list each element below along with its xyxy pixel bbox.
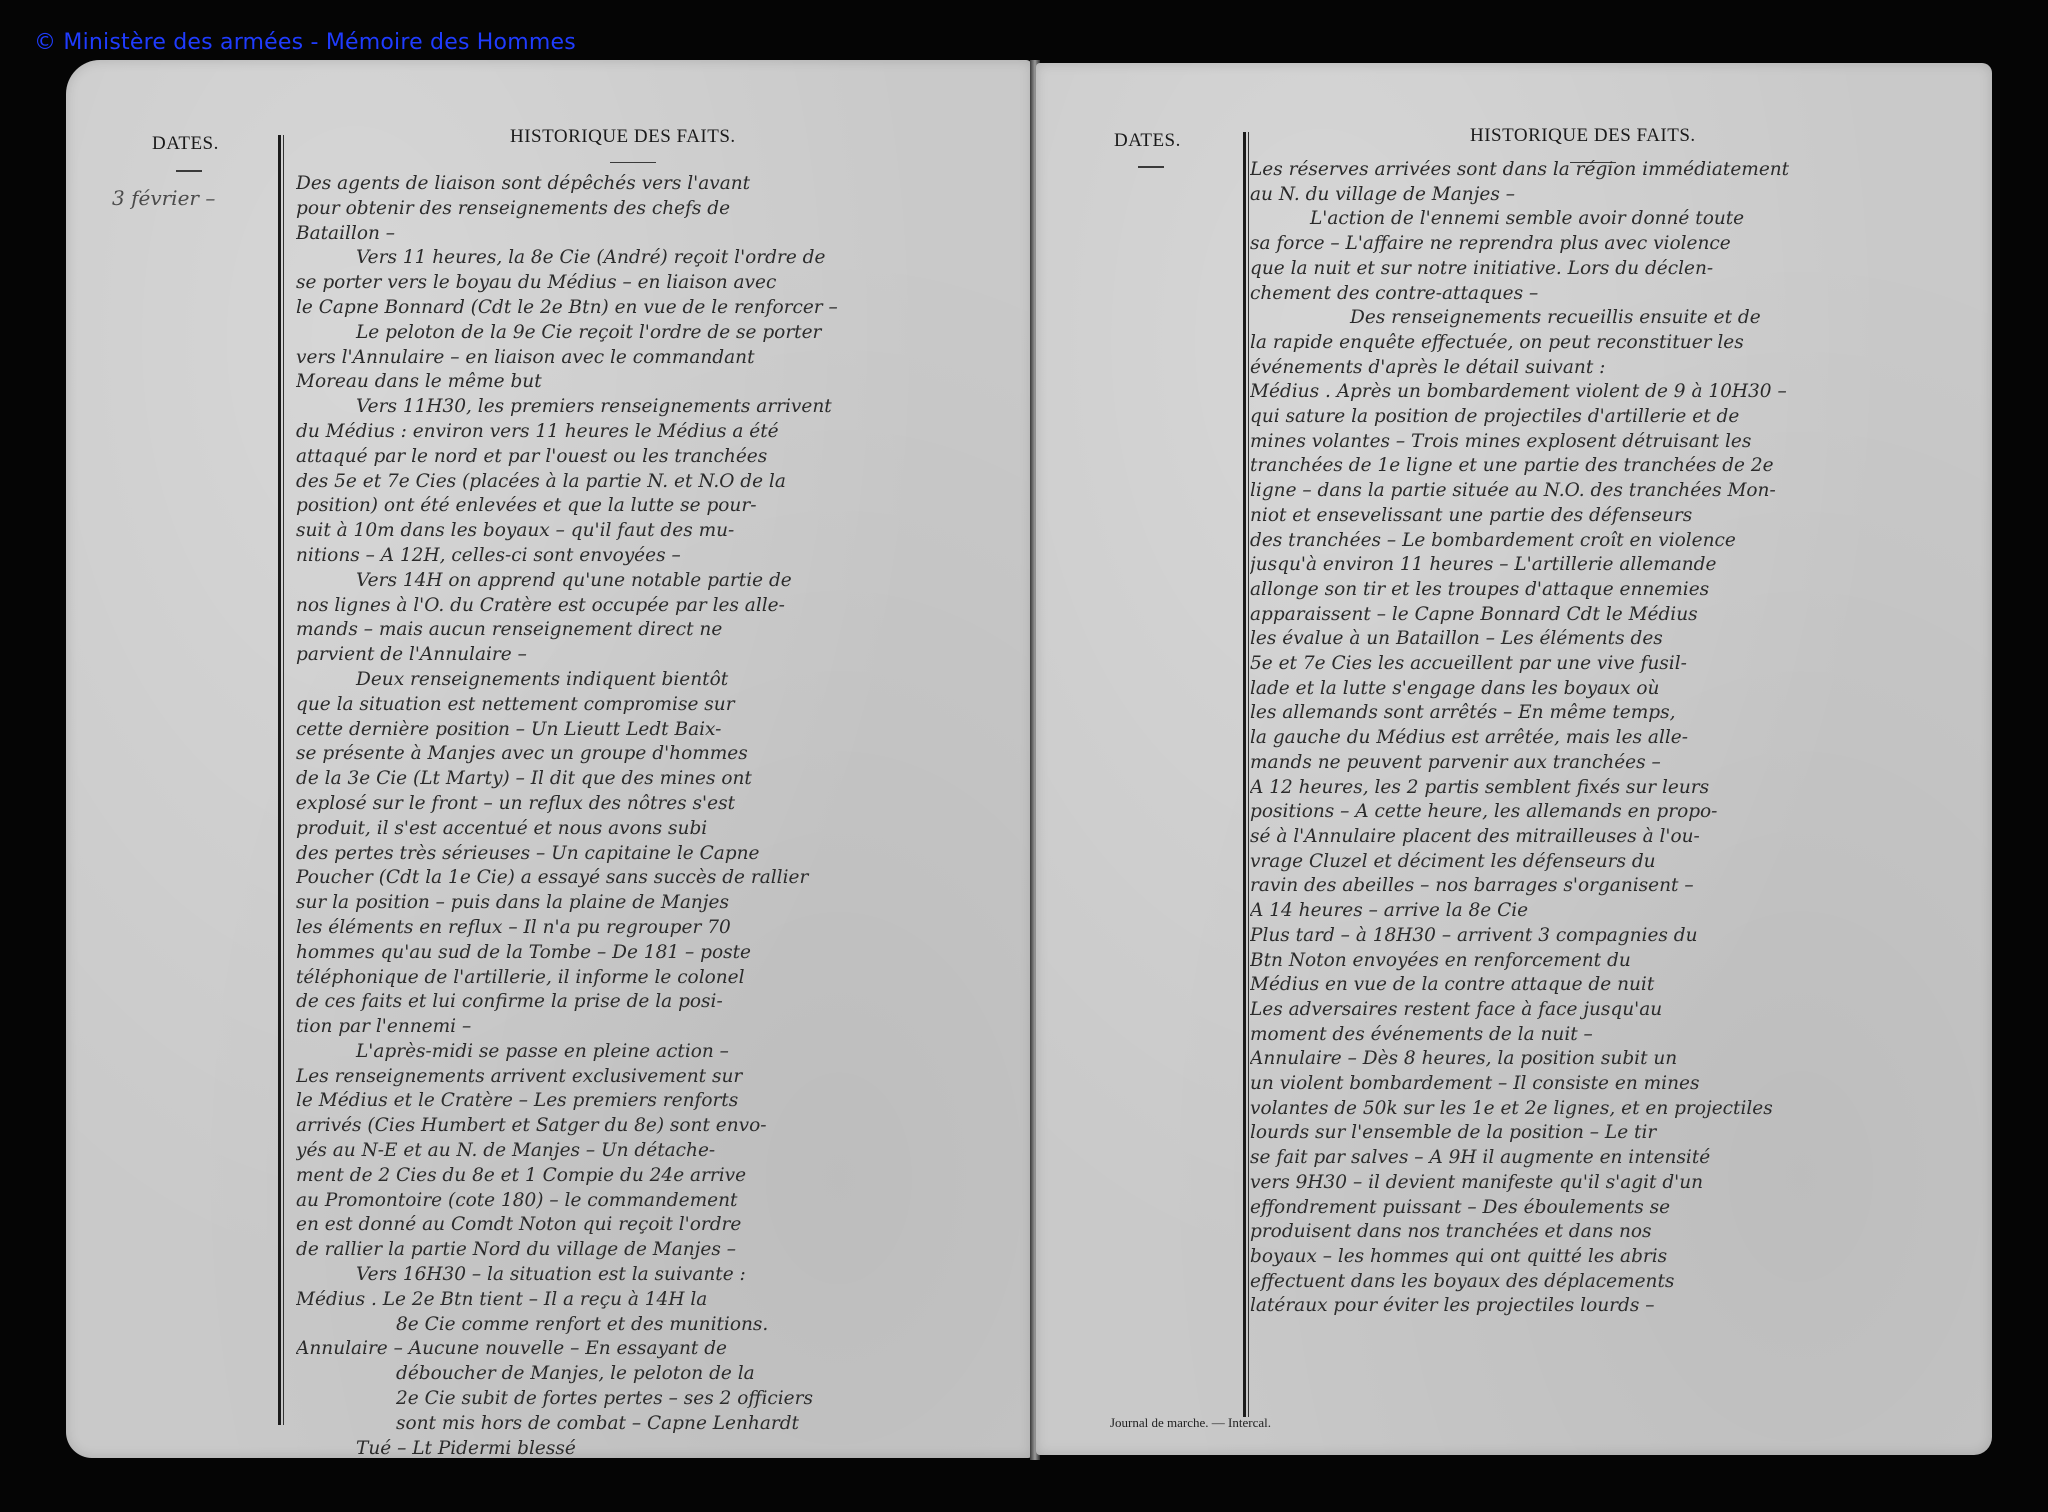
text-line: nos lignes à l'O. du Cratère est occupée… — [296, 594, 1021, 619]
text-line: Plus tard – à 18H30 – arrivent 3 compagn… — [1250, 924, 1985, 949]
text-line: Le peloton de la 9e Cie reçoit l'ordre d… — [296, 321, 1021, 346]
text-line: niot et ensevelissant une partie des déf… — [1250, 504, 1985, 529]
text-line: sont mis hors de combat – Capne Lenhardt — [296, 1412, 1021, 1437]
text-line: Btn Noton envoyées en renforcement du — [1250, 949, 1985, 974]
text-line: Les adversaires restent face à face jusq… — [1250, 998, 1985, 1023]
text-line: Vers 11 heures, la 8e Cie (André) reçoit… — [296, 246, 1021, 271]
text-line: en est donné au Comdt Noton qui reçoit l… — [296, 1213, 1021, 1238]
text-line: Des agents de liaison sont dépêchés vers… — [296, 172, 1021, 197]
text-line: Médius . Après un bombardement violent d… — [1250, 380, 1985, 405]
text-line: que la nuit et sur notre initiative. Lor… — [1250, 257, 1985, 282]
text-line: Vers 11H30, les premiers renseignements … — [296, 395, 1021, 420]
left-facts-rule — [610, 162, 656, 163]
right-column-rule — [1243, 132, 1246, 1417]
text-line: suit à 10m dans les boyaux – qu'il faut … — [296, 519, 1021, 544]
text-line: Médius en vue de la contre attaque de nu… — [1250, 973, 1985, 998]
text-line: tion par l'ennemi – — [296, 1015, 1021, 1040]
text-line: Vers 16H30 – la situation est la suivant… — [296, 1263, 1021, 1288]
text-line: la rapide enquête effectuée, on peut rec… — [1250, 331, 1985, 356]
text-line: pour obtenir des renseignements des chef… — [296, 197, 1021, 222]
text-line: de rallier la partie Nord du village de … — [296, 1238, 1021, 1263]
text-line: Annulaire – Aucune nouvelle – En essayan… — [296, 1337, 1021, 1362]
text-line: attaqué par le nord et par l'ouest ou le… — [296, 445, 1021, 470]
text-line: apparaissent – le Capne Bonnard Cdt le M… — [1250, 603, 1985, 628]
text-line: latéraux pour éviter les projectiles lou… — [1250, 1294, 1985, 1319]
text-line: cette dernière position – Un Lieutt Ledt… — [296, 718, 1021, 743]
text-line: vers 9H30 – il devient manifeste qu'il s… — [1250, 1171, 1985, 1196]
text-line: position) ont été enlevées et que la lut… — [296, 494, 1021, 519]
left-facts-header: HISTORIQUE DES FAITS. — [510, 126, 736, 148]
text-line: ment de 2 Cies du 8e et 1 Compie du 24e … — [296, 1164, 1021, 1189]
text-line: explosé sur le front – un reflux des nôt… — [296, 792, 1021, 817]
text-line: se porter vers le boyau du Médius – en l… — [296, 271, 1021, 296]
text-line: que la situation est nettement compromis… — [296, 693, 1021, 718]
text-line: Moreau dans le même but — [296, 370, 1021, 395]
text-line: événements d'après le détail suivant : — [1250, 356, 1985, 381]
text-line: 8e Cie comme renfort et des munitions. — [296, 1313, 1021, 1338]
text-line: boyaux – les hommes qui ont quitté les a… — [1250, 1245, 1985, 1270]
text-line: Les renseignements arrivent exclusivemen… — [296, 1065, 1021, 1090]
text-line: mands ne peuvent parvenir aux tranchées … — [1250, 751, 1985, 776]
text-line: positions – A cette heure, les allemands… — [1250, 800, 1985, 825]
text-line: 2e Cie subit de fortes pertes – ses 2 of… — [296, 1387, 1021, 1412]
text-line: qui sature la position de projectiles d'… — [1250, 405, 1985, 430]
text-line: Deux renseignements indiquent bientôt — [296, 668, 1021, 693]
left-column-rule-thin — [283, 135, 284, 1425]
text-line: arrivés (Cies Humbert et Satger du 8e) s… — [296, 1114, 1021, 1139]
text-line: des tranchées – Le bombardement croît en… — [1250, 529, 1985, 554]
text-line: Médius . Le 2e Btn tient – Il a reçu à 1… — [296, 1288, 1021, 1313]
right-facts-header: HISTORIQUE DES FAITS. — [1470, 125, 1696, 147]
text-line: les allemands sont arrêtés – En même tem… — [1250, 701, 1985, 726]
text-line: parvient de l'Annulaire – — [296, 643, 1021, 668]
text-line: 5e et 7e Cies les accueillent par une vi… — [1250, 652, 1985, 677]
text-line: vers l'Annulaire – en liaison avec le co… — [296, 346, 1021, 371]
text-line: des 5e et 7e Cies (placées à la partie N… — [296, 470, 1021, 495]
text-line: des pertes très sérieuses – Un capitaine… — [296, 842, 1021, 867]
text-line: volantes de 50k sur les 1e et 2e lignes,… — [1250, 1097, 1985, 1122]
text-line: se fait par salves – A 9H il augmente en… — [1250, 1146, 1985, 1171]
text-line: sur la position – puis dans la plaine de… — [296, 891, 1021, 916]
copyright-watermark: © Ministère des armées - Mémoire des Hom… — [34, 30, 576, 55]
text-line: L'après-midi se passe en pleine action – — [296, 1040, 1021, 1065]
text-line: Annulaire – Dès 8 heures, la position su… — [1250, 1047, 1985, 1072]
text-line: Tué – Lt Pidermi blessé — [296, 1437, 1021, 1462]
right-dates-header: DATES. — [1114, 130, 1181, 152]
text-line: ligne – dans la partie située au N.O. de… — [1250, 479, 1985, 504]
right-column-rule-thin — [1248, 132, 1249, 1417]
right-dates-rule — [1138, 166, 1164, 168]
text-line: au Promontoire (cote 180) – le commandem… — [296, 1189, 1021, 1214]
text-line: mands – mais aucun renseignement direct … — [296, 618, 1021, 643]
text-line: Poucher (Cdt la 1e Cie) a essayé sans su… — [296, 866, 1021, 891]
left-column-rule — [278, 135, 281, 1425]
text-line: produit, il s'est accentué et nous avons… — [296, 817, 1021, 842]
text-line: moment des événements de la nuit – — [1250, 1023, 1985, 1048]
page-footer: Journal de marche. — Intercal. — [1110, 1415, 1271, 1431]
text-line: hommes qu'au sud de la Tombe – De 181 – … — [296, 941, 1021, 966]
text-line: lourds sur l'ensemble de la position – L… — [1250, 1121, 1985, 1146]
text-line: les évalue à un Bataillon – Les éléments… — [1250, 627, 1985, 652]
text-line: Vers 14H on apprend qu'une notable parti… — [296, 569, 1021, 594]
text-line: se présente à Manjes avec un groupe d'ho… — [296, 742, 1021, 767]
text-line: sé à l'Annulaire placent des mitrailleus… — [1250, 825, 1985, 850]
text-line: nitions – A 12H, celles-ci sont envoyées… — [296, 544, 1021, 569]
text-line: la gauche du Médius est arrêtée, mais le… — [1250, 726, 1985, 751]
date-entry: 3 février – — [112, 186, 215, 210]
text-line: ravin des abeilles – nos barrages s'orga… — [1250, 874, 1985, 899]
text-line: au N. du village de Manjes – — [1250, 183, 1985, 208]
text-line: de ces faits et lui confirme la prise de… — [296, 990, 1021, 1015]
text-line: mines volantes – Trois mines explosent d… — [1250, 430, 1985, 455]
text-line: effondrement puissant – Des éboulements … — [1250, 1196, 1985, 1221]
text-line: Des renseignements recueillis ensuite et… — [1250, 306, 1985, 331]
text-line: effectuent dans les boyaux des déplaceme… — [1250, 1270, 1985, 1295]
text-line: Les réserves arrivées sont dans la régio… — [1250, 158, 1985, 183]
text-line: le Médius et le Cratère – Les premiers r… — [296, 1089, 1021, 1114]
text-line: A 12 heures, les 2 partis semblent fixés… — [1250, 776, 1985, 801]
text-line: lade et la lutte s'engage dans les boyau… — [1250, 677, 1985, 702]
left-historique-text: Des agents de liaison sont dépêchés vers… — [296, 172, 1021, 1461]
text-line: les éléments en reflux – Il n'a pu regro… — [296, 916, 1021, 941]
left-dates-header: DATES. — [152, 133, 219, 155]
text-line: L'action de l'ennemi semble avoir donné … — [1250, 207, 1985, 232]
text-line: yés au N-E et au N. de Manjes – Un détac… — [296, 1139, 1021, 1164]
text-line: le Capne Bonnard (Cdt le 2e Btn) en vue … — [296, 296, 1021, 321]
text-line: A 14 heures – arrive la 8e Cie — [1250, 899, 1985, 924]
text-line: Bataillon – — [296, 222, 1021, 247]
text-line: produisent dans nos tranchées et dans no… — [1250, 1220, 1985, 1245]
text-line: tranchées de 1e ligne et une partie des … — [1250, 454, 1985, 479]
text-line: déboucher de Manjes, le peloton de la — [296, 1362, 1021, 1387]
text-line: allonge son tir et les troupes d'attaque… — [1250, 578, 1985, 603]
text-line: téléphonique de l'artillerie, il informe… — [296, 966, 1021, 991]
left-dates-rule — [176, 170, 202, 172]
text-line: vrage Cluzel et déciment les défenseurs … — [1250, 850, 1985, 875]
text-line: du Médius : environ vers 11 heures le Mé… — [296, 420, 1021, 445]
text-line: un violent bombardement – Il consiste en… — [1250, 1072, 1985, 1097]
text-line: de la 3e Cie (Lt Marty) – Il dit que des… — [296, 767, 1021, 792]
text-line: jusqu'à environ 11 heures – L'artillerie… — [1250, 553, 1985, 578]
text-line: sa force – L'affaire ne reprendra plus a… — [1250, 232, 1985, 257]
text-line: chement des contre-attaques – — [1250, 282, 1985, 307]
right-historique-text: Les réserves arrivées sont dans la régio… — [1250, 158, 1985, 1319]
